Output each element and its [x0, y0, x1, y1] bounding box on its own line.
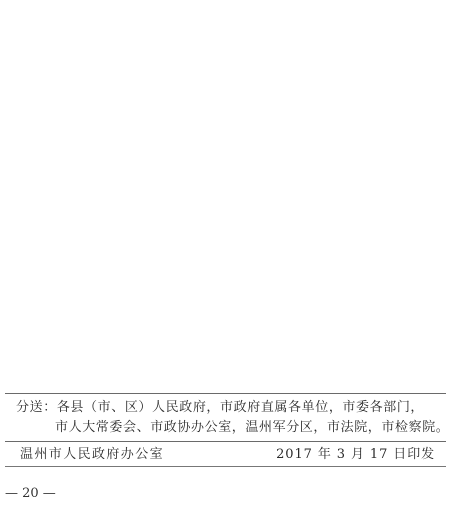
- distribution-recipients-2: 市人大常委会、市政协办公室，温州军分区，市法院，市检察院。: [55, 420, 449, 435]
- issue-date: 2017 年 3 月 17 日印发: [276, 445, 435, 465]
- bottom-divider-rule: [5, 466, 446, 467]
- document-page: 分送：各县（市、区）人民政府，市政府直属各单位，市委各部门， 市人大常委会、市政…: [0, 0, 452, 522]
- issuing-office: 温州市人民政府办公室: [20, 445, 164, 465]
- middle-divider-rule: [5, 441, 446, 442]
- distribution-label: 分送：: [16, 400, 57, 415]
- distribution-line-1: 分送：各县（市、区）人民政府，市政府直属各单位，市委各部门，: [16, 398, 446, 418]
- distribution-recipients-1: 各县（市、区）人民政府，市政府直属各单位，市委各部门，: [57, 400, 424, 415]
- top-divider-rule: [5, 393, 446, 394]
- distribution-line-2: 市人大常委会、市政协办公室，温州军分区，市法院，市检察院。: [16, 418, 446, 438]
- page-number: — 20 —: [5, 484, 56, 504]
- distribution-block: 分送：各县（市、区）人民政府，市政府直属各单位，市委各部门， 市人大常委会、市政…: [16, 398, 446, 438]
- issuer-row: 温州市人民政府办公室 2017 年 3 月 17 日印发: [20, 445, 435, 465]
